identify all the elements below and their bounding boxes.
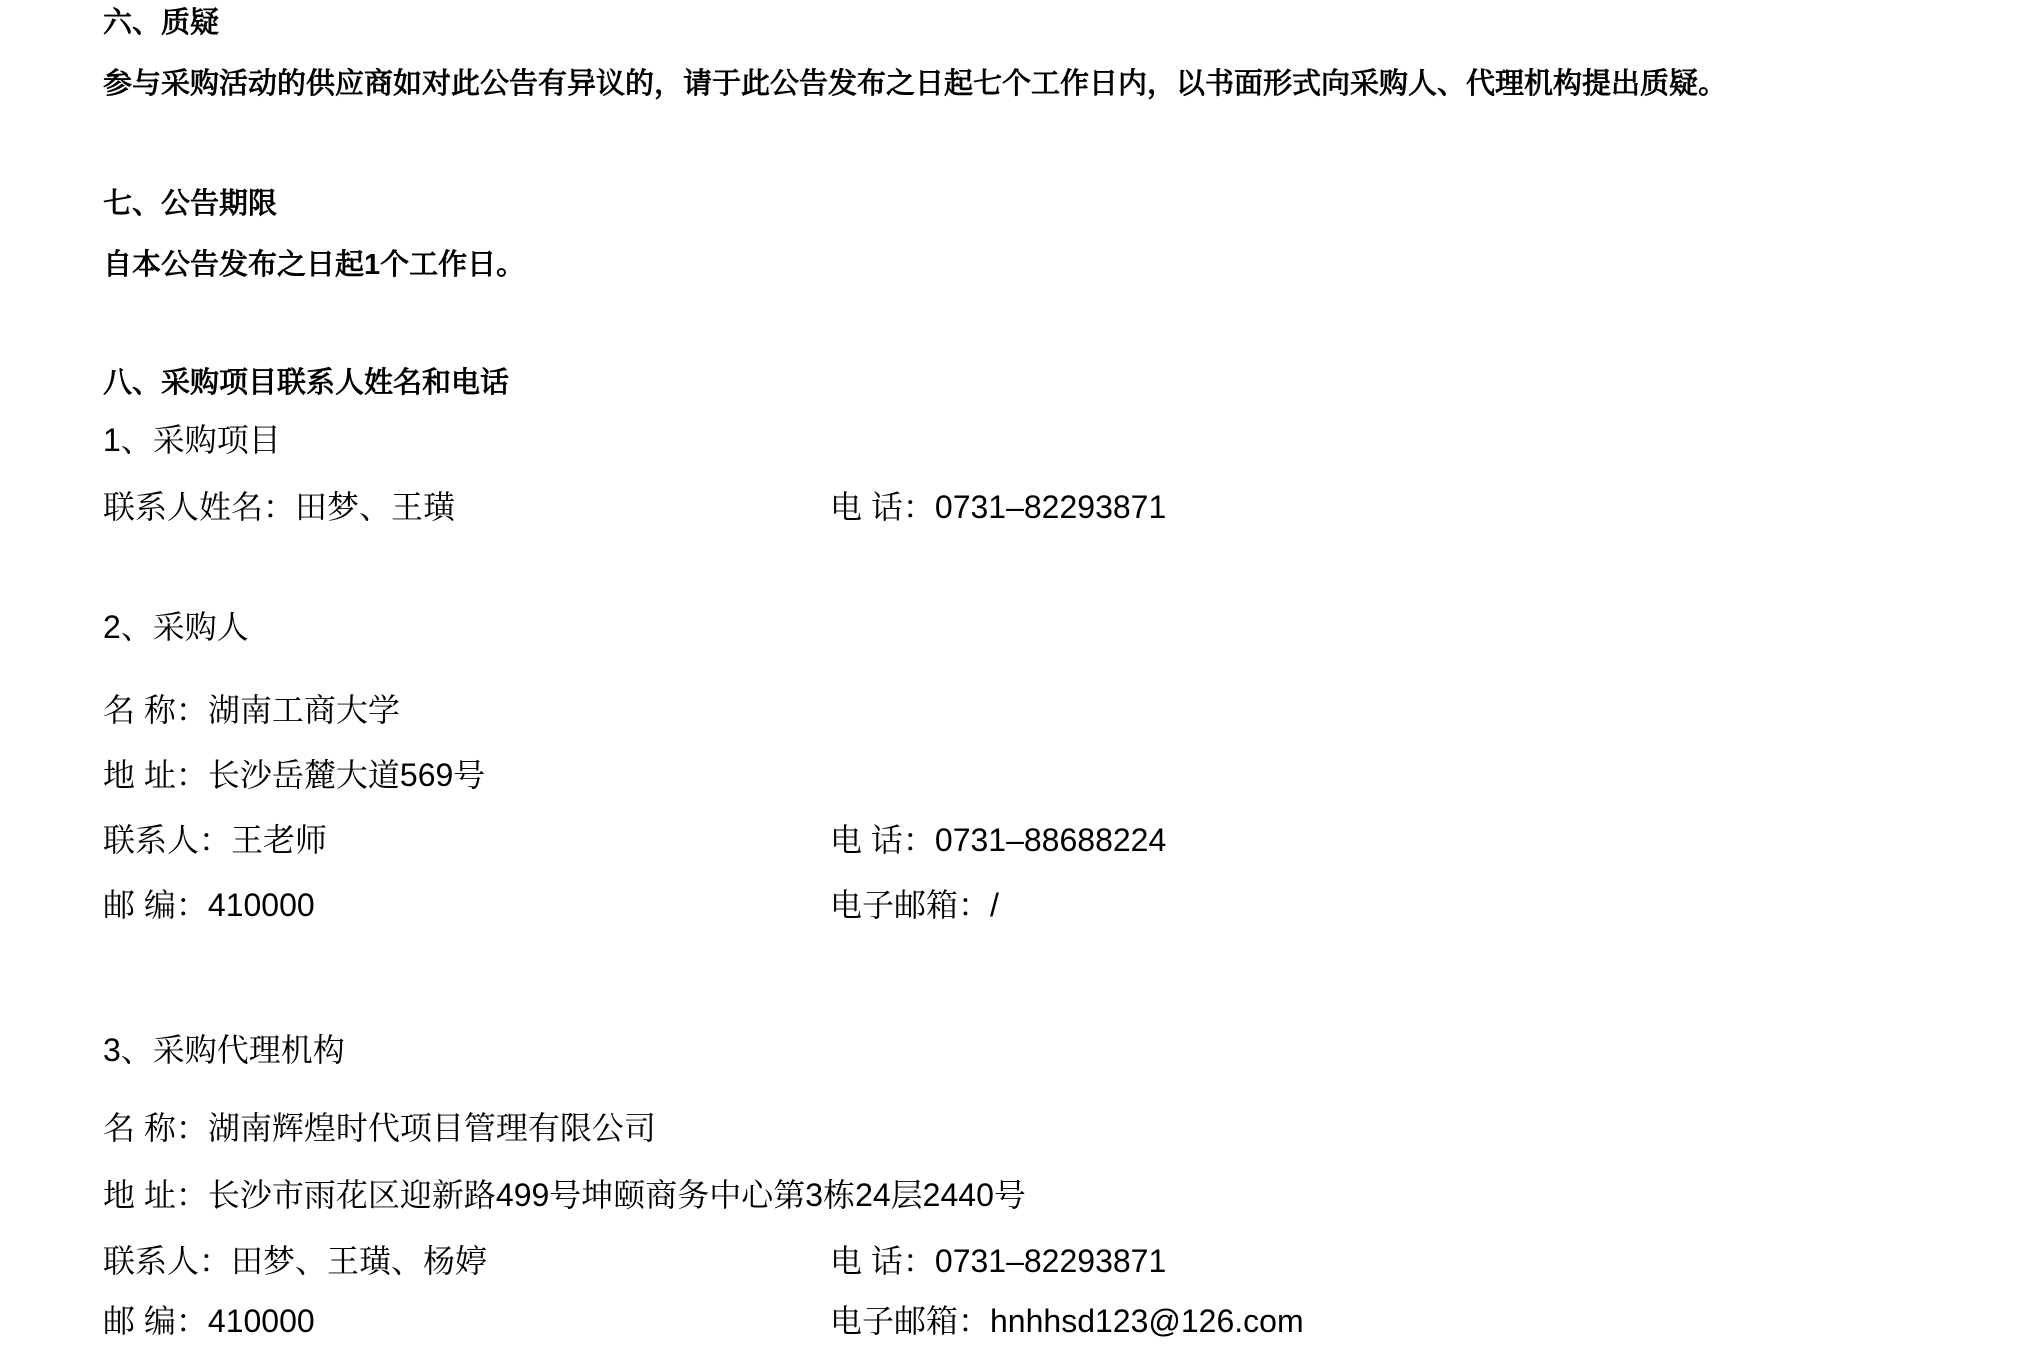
section-contacts-heading: 八、采购项目联系人姓名和电话: [103, 365, 1996, 401]
agency-name-line: 名 称：湖南辉煌时代项目管理有限公司: [103, 1110, 1996, 1146]
purchaser-name-line: 名 称：湖南工商大学: [103, 692, 1996, 728]
purchaser-contact-line: 联系人：王老师: [103, 822, 327, 858]
agency-contact-line: 联系人：田梦、王璜、杨婷: [103, 1243, 487, 1279]
project-contact-name-line: 联系人姓名：田梦、王璜: [103, 489, 455, 525]
project-subsection-title: 1、采购项目: [103, 422, 1996, 458]
purchaser-email-line: 电子邮箱：/: [830, 887, 999, 923]
agency-email-line: 电子邮箱：hnhhsd123@126.com: [830, 1303, 1304, 1339]
agency-postcode-line: 邮 编：410000: [103, 1303, 315, 1339]
procurement-announcement-document: 六、质疑 参与采购活动的供应商如对此公告有异议的，请于此公告发布之日起七个工作日…: [0, 0, 2036, 1354]
project-contact-row: 联系人姓名：田梦、王璜 电 话：0731–82293871: [103, 489, 1996, 525]
section-inquiry-body: 参与采购活动的供应商如对此公告有异议的，请于此公告发布之日起七个工作日内，以书面…: [103, 66, 1996, 102]
agency-subsection-title: 3、采购代理机构: [103, 1032, 1996, 1068]
section-inquiry-heading: 六、质疑: [103, 5, 1996, 41]
project-phone-line: 电 话：0731–82293871: [830, 489, 1166, 525]
purchaser-subsection-title: 2、采购人: [103, 609, 1996, 645]
purchaser-phone-line: 电 话：0731–88688224: [830, 822, 1166, 858]
section-period-heading: 七、公告期限: [103, 186, 1996, 222]
purchaser-contact-row: 联系人：王老师 电 话：0731–88688224: [103, 822, 1996, 858]
section-period-body: 自本公告发布之日起1个工作日。: [103, 247, 1996, 283]
purchaser-postcode-line: 邮 编：410000: [103, 887, 315, 923]
purchaser-address-line: 地 址：长沙岳麓大道569号: [103, 757, 1996, 793]
agency-phone-line: 电 话：0731–82293871: [830, 1243, 1166, 1279]
agency-address-line: 地 址：长沙市雨花区迎新路499号坤颐商务中心第3栋24层2440号: [103, 1177, 1996, 1213]
purchaser-postal-row: 邮 编：410000 电子邮箱：/: [103, 887, 1996, 923]
agency-postal-row: 邮 编：410000 电子邮箱：hnhhsd123@126.com: [103, 1303, 1996, 1339]
agency-contact-row: 联系人：田梦、王璜、杨婷 电 话：0731–82293871: [103, 1243, 1996, 1279]
